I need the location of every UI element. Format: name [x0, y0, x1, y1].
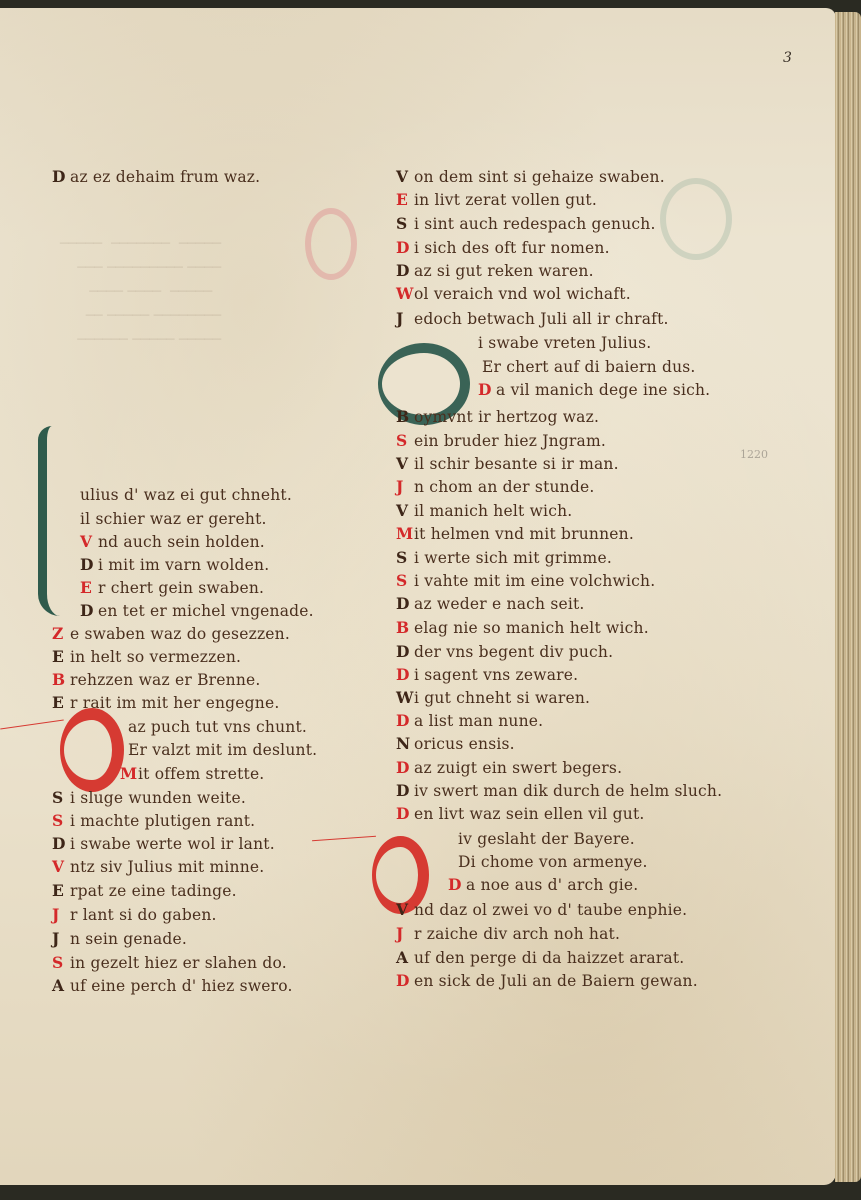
text-line: Si sluge wunden weite. — [52, 789, 246, 807]
line-text: en sick de Juli an de Baiern gewan. — [414, 972, 698, 990]
line-text: ol veraich vnd wol wichaft. — [414, 285, 631, 303]
line-text: nd daz ol zwei vo d' taube enphie. — [414, 901, 687, 919]
text-line: Sin gezelt hiez er slahen do. — [52, 954, 287, 972]
text-line: il schier waz er gereht. — [80, 510, 267, 528]
line-initial: J — [396, 310, 414, 328]
line-initial: D — [52, 168, 70, 186]
line-initial: J — [396, 925, 414, 943]
line-text: uf eine perch d' hiez swero. — [70, 977, 293, 995]
line-initial: S — [52, 789, 70, 807]
line-initial: S — [396, 432, 414, 450]
line-text: r chert gein swaben. — [98, 579, 264, 597]
line-initial: D — [396, 262, 414, 280]
line-initial: E — [396, 191, 414, 209]
line-initial: D — [448, 876, 466, 894]
red-flourish — [312, 836, 376, 841]
text-line: Den livt waz sein ellen vil gut. — [396, 805, 645, 823]
line-initial: V — [396, 901, 414, 919]
text-line: Jr zaiche div arch noh hat. — [396, 925, 620, 943]
text-line: Jr lant si do gaben. — [52, 906, 217, 924]
green-initial-i — [38, 426, 77, 616]
line-initial: E — [52, 694, 70, 712]
line-initial: D — [80, 602, 98, 620]
line-text: i mit im varn wolden. — [98, 556, 269, 574]
line-text: az weder e nach seit. — [414, 595, 585, 613]
line-initial: M — [396, 525, 414, 543]
text-line: Da noe aus d' arch gie. — [448, 876, 638, 894]
text-line: Wol veraich vnd wol wichaft. — [396, 285, 631, 303]
text-line: Vil schir besante si ir man. — [396, 455, 619, 473]
line-initial: S — [52, 812, 70, 830]
line-text: r zaiche div arch noh hat. — [414, 925, 620, 943]
line-initial: S — [52, 954, 70, 972]
line-text: iv geslaht der Bayere. — [458, 830, 635, 848]
line-text: der vns begent div puch. — [414, 643, 613, 661]
line-text: iv swert man dik durch de helm sluch. — [414, 782, 722, 800]
line-initial: J — [396, 478, 414, 496]
text-line: Vnd auch sein holden. — [80, 533, 265, 551]
line-initial: V — [396, 455, 414, 473]
line-initial: B — [52, 671, 70, 689]
line-initial: D — [396, 972, 414, 990]
folio-number: 3 — [783, 50, 792, 66]
line-text: in livt zerat vollen gut. — [414, 191, 597, 209]
line-initial: S — [396, 549, 414, 567]
line-text: en tet er michel vngenade. — [98, 602, 314, 620]
text-line: Div swert man dik durch de helm sluch. — [396, 782, 722, 800]
line-text: oricus ensis. — [414, 735, 515, 753]
text-line: Dder vns begent div puch. — [396, 643, 613, 661]
text-line: Vntz siv Julius mit minne. — [52, 858, 264, 876]
line-text: edoch betwach Juli all ir chraft. — [414, 310, 669, 328]
line-initial: B — [396, 408, 414, 426]
text-line: Daz zuigt ein swert begers. — [396, 759, 622, 777]
line-initial: D — [396, 239, 414, 257]
line-text: i sagent vns zeware. — [414, 666, 578, 684]
text-line: Brehzzen waz er Brenne. — [52, 671, 261, 689]
line-text: Di chome von armenye. — [458, 853, 648, 871]
line-text: i sint auch redespach genuch. — [414, 215, 656, 233]
text-line: Di chome von armenye. — [458, 853, 648, 871]
text-line: Vnd daz ol zwei vo d' taube enphie. — [396, 901, 687, 919]
text-line: Si sint auch redespach genuch. — [396, 215, 656, 233]
line-initial: D — [52, 835, 70, 853]
red-flourish — [0, 720, 64, 730]
line-initial: D — [396, 712, 414, 730]
line-initial: D — [396, 666, 414, 684]
line-text: il schir besante si ir man. — [414, 455, 619, 473]
line-text: i machte plutigen rant. — [70, 812, 255, 830]
text-line: Da vil manich dege ine sich. — [478, 381, 710, 399]
text-line: iv geslaht der Bayere. — [458, 830, 635, 848]
line-text: it helmen vnd mit brunnen. — [414, 525, 634, 543]
line-initial: M — [120, 765, 138, 783]
line-text: rehzzen waz er Brenne. — [70, 671, 261, 689]
line-text: uf den perge di da haizzet ararat. — [414, 949, 684, 967]
text-line: Erpat ze eine tadinge. — [52, 882, 237, 900]
text-line: Von dem sint si gehaize swaben. — [396, 168, 665, 186]
text-line: Er chert gein swaben. — [80, 579, 264, 597]
line-text: r rait im mit her engegne. — [70, 694, 279, 712]
text-line: Vil manich helt wich. — [396, 502, 572, 520]
text-line: ulius d' waz ei gut chneht. — [80, 486, 292, 504]
text-line: Boymvnt ir hertzog waz. — [396, 408, 599, 426]
line-text: n sein genade. — [70, 930, 187, 948]
show-through-initial-o — [660, 178, 732, 260]
text-line: Jn sein genade. — [52, 930, 187, 948]
line-text: i werte sich mit grimme. — [414, 549, 612, 567]
line-initial: V — [396, 502, 414, 520]
text-line: Si vahte mit im eine volchwich. — [396, 572, 655, 590]
pencil-note: 1220 — [740, 448, 768, 461]
text-line: Di mit im varn wolden. — [80, 556, 269, 574]
line-text: ulius d' waz ei gut chneht. — [80, 486, 292, 504]
line-initial: D — [396, 759, 414, 777]
line-initial: W — [396, 689, 414, 707]
text-line: Wi gut chneht si waren. — [396, 689, 590, 707]
line-text: il schier waz er gereht. — [80, 510, 267, 528]
text-line: Daz ez dehaim frum waz. — [52, 168, 260, 186]
text-line: Si machte plutigen rant. — [52, 812, 255, 830]
line-initial: D — [80, 556, 98, 574]
line-initial: Z — [52, 625, 70, 643]
line-text: in gezelt hiez er slahen do. — [70, 954, 287, 972]
line-text: az si gut reken waren. — [414, 262, 594, 280]
line-text: oymvnt ir hertzog waz. — [414, 408, 599, 426]
text-line: Sein bruder hiez Jngram. — [396, 432, 606, 450]
text-line: Di swabe werte wol ir lant. — [52, 835, 275, 853]
line-initial: J — [52, 906, 70, 924]
line-text: az ez dehaim frum waz. — [70, 168, 260, 186]
line-initial: D — [396, 805, 414, 823]
line-initial: B — [396, 619, 414, 637]
text-line: Belag nie so manich helt wich. — [396, 619, 649, 637]
text-line: Den sick de Juli an de Baiern gewan. — [396, 972, 698, 990]
text-line: Mit offem strette. — [120, 765, 264, 783]
line-text: i gut chneht si waren. — [414, 689, 590, 707]
text-line: Da list man nune. — [396, 712, 543, 730]
text-line: Di sagent vns zeware. — [396, 666, 578, 684]
text-line: Den tet er michel vngenade. — [80, 602, 314, 620]
line-text: en livt waz sein ellen vil gut. — [414, 805, 645, 823]
manuscript-page: ───── ─────── ───── ──── ───────── ─── ─… — [0, 8, 836, 1185]
line-initial: W — [396, 285, 414, 303]
line-text: on dem sint si gehaize swaben. — [414, 168, 665, 186]
line-text: nd auch sein holden. — [98, 533, 265, 551]
text-line: Noricus ensis. — [396, 735, 515, 753]
text-line: Auf eine perch d' hiez swero. — [52, 977, 293, 995]
line-initial: V — [80, 533, 98, 551]
line-text: i vahte mit im eine volchwich. — [414, 572, 655, 590]
line-text: r lant si do gaben. — [70, 906, 217, 924]
line-initial: D — [396, 643, 414, 661]
red-initial-d-left — [60, 708, 124, 792]
text-line: Di sich des oft fur nomen. — [396, 239, 610, 257]
line-text: i sluge wunden weite. — [70, 789, 246, 807]
line-text: ein bruder hiez Jngram. — [414, 432, 606, 450]
line-initial: J — [52, 930, 70, 948]
line-initial: S — [396, 572, 414, 590]
line-text: elag nie so manich helt wich. — [414, 619, 649, 637]
text-line: Jedoch betwach Juli all ir chraft. — [396, 310, 669, 328]
line-initial: D — [478, 381, 496, 399]
line-initial: S — [396, 215, 414, 233]
show-through-initial-d — [305, 208, 357, 280]
line-text: a noe aus d' arch gie. — [466, 876, 638, 894]
text-line: Ein livt zerat vollen gut. — [396, 191, 597, 209]
text-line: i swabe vreten Julius. — [478, 334, 651, 352]
text-line: Daz weder e nach seit. — [396, 595, 585, 613]
line-text: a list man nune. — [414, 712, 543, 730]
line-text: a vil manich dege ine sich. — [496, 381, 710, 399]
text-line: Ein helt so vermezzen. — [52, 648, 241, 666]
text-line: Er rait im mit her engegne. — [52, 694, 279, 712]
line-text: i swabe vreten Julius. — [478, 334, 651, 352]
text-line: Jn chom an der stunde. — [396, 478, 594, 496]
line-text: az zuigt ein swert begers. — [414, 759, 622, 777]
line-initial: V — [396, 168, 414, 186]
line-text: rpat ze eine tadinge. — [70, 882, 237, 900]
line-text: Er valzt mit im deslunt. — [128, 741, 317, 759]
line-text: n chom an der stunde. — [414, 478, 594, 496]
line-text: i swabe werte wol ir lant. — [70, 835, 275, 853]
line-text: ntz siv Julius mit minne. — [70, 858, 264, 876]
text-line: Er valzt mit im deslunt. — [128, 741, 317, 759]
line-initial: N — [396, 735, 414, 753]
line-text: il manich helt wich. — [414, 502, 572, 520]
line-text: it offem strette. — [138, 765, 264, 783]
line-initial: E — [80, 579, 98, 597]
line-initial: E — [52, 882, 70, 900]
text-line: Ze swaben waz do gesezzen. — [52, 625, 290, 643]
line-initial: A — [52, 977, 70, 995]
page-edges — [835, 12, 861, 1182]
line-initial: V — [52, 858, 70, 876]
text-line: az puch tut vns chunt. — [128, 718, 307, 736]
show-through-text: ───── ─────── ───── ──── ───────── ─── ─… — [60, 208, 239, 376]
text-line: Auf den perge di da haizzet ararat. — [396, 949, 684, 967]
text-line: Si werte sich mit grimme. — [396, 549, 612, 567]
text-line: Mit helmen vnd mit brunnen. — [396, 525, 634, 543]
line-initial: E — [52, 648, 70, 666]
line-text: az puch tut vns chunt. — [128, 718, 307, 736]
line-initial: D — [396, 595, 414, 613]
line-initial: D — [396, 782, 414, 800]
line-text: in helt so vermezzen. — [70, 648, 241, 666]
text-line: Daz si gut reken waren. — [396, 262, 594, 280]
line-text: Er chert auf di baiern dus. — [482, 358, 696, 376]
line-initial: A — [396, 949, 414, 967]
line-text: i sich des oft fur nomen. — [414, 239, 610, 257]
line-text: e swaben waz do gesezzen. — [70, 625, 290, 643]
text-line: Er chert auf di baiern dus. — [482, 358, 696, 376]
